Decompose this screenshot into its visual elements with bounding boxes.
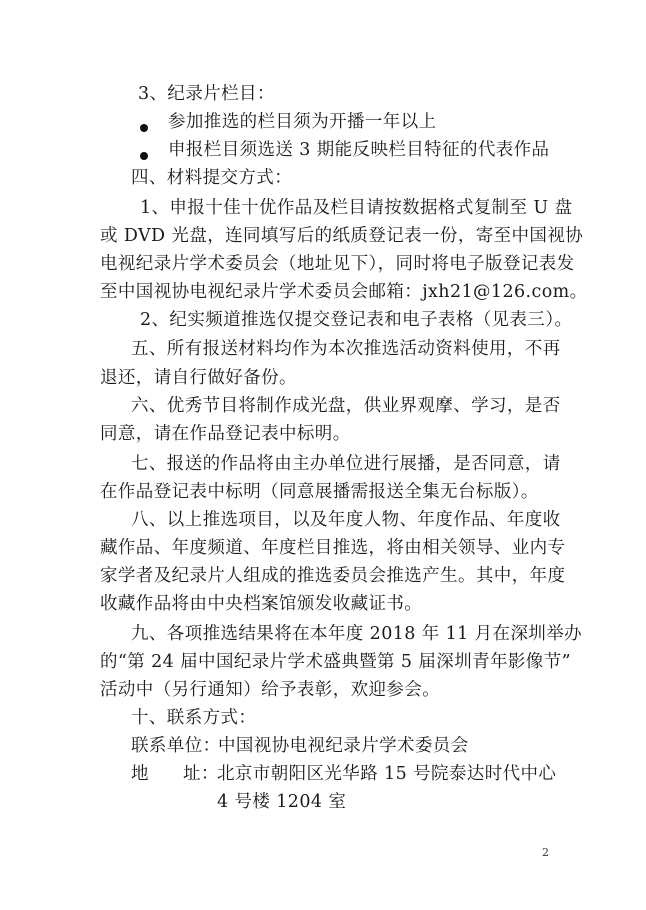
- section9-line3: 活动中（另行通知）给予表彰，欢迎参会。: [100, 678, 440, 702]
- contact-address-line2: 4 号楼 1204 室: [217, 790, 346, 814]
- contact-address-label-2: 址：: [183, 762, 219, 786]
- section4-item1-line4: 至中国视协电视纪录片学术委员会邮箱：jxh21@126.com。: [100, 280, 588, 304]
- section4-item1-line1: 1、申报十佳十优作品及栏目请按数据格式复制至 U 盘: [140, 196, 572, 220]
- contact-unit-label: 联系单位：: [131, 734, 221, 758]
- section8-line2: 藏作品、年度频道、年度栏目推选，将由相关领导、业内专: [100, 536, 565, 560]
- section5-line2: 退还，请自行做好备份。: [100, 366, 297, 390]
- section8-line1: 八、以上推选项目，以及年度人物、年度作品、年度收: [131, 508, 561, 532]
- contact-address-line1: 北京市朝阳区光华路 15 号院泰达时代中心: [217, 762, 556, 786]
- document-page: 3、纪录片栏目： 参加推选的栏目须为开播一年以上 申报栏目须选送 3 期能反映栏…: [0, 0, 646, 910]
- section8-line4: 收藏作品将由中央档案馆颁发收藏证书。: [100, 592, 422, 616]
- section4-item2: 2、纪实频道推选仅提交登记表和电子表格（见表三）。: [140, 308, 572, 332]
- section9-line2: 的“第 24 届中国纪录片学术盛典暨第 5 届深圳青年影像节”: [100, 650, 571, 674]
- section7-line2: 在作品登记表中标明（同意展播需报送全集无台标版）。: [100, 480, 539, 504]
- section7-line1: 七、报送的作品将由主办单位进行展播，是否同意，请: [131, 452, 561, 476]
- section3-heading: 3、纪录片栏目：: [138, 82, 275, 106]
- section3-bullet-2: 申报栏目须选送 3 期能反映栏目特征的代表作品: [168, 138, 549, 162]
- section10-heading: 十、联系方式：: [131, 706, 256, 730]
- section9-line1: 九、各项推选结果将在本年度 2018 年 11 月在深圳举办: [131, 622, 582, 646]
- section8-line3: 家学者及纪录片人组成的推选委员会推选产生。其中，年度: [100, 564, 565, 588]
- section6-line2: 同意，请在作品登记表中标明。: [100, 422, 351, 446]
- section4-item1-line3: 电视纪录片学术委员会（地址见下），同时将电子版登记表发: [100, 252, 575, 276]
- section4-item1-line2: 或 DVD 光盘，连同填写后的纸质登记表一份，寄至中国视协: [100, 224, 583, 248]
- contact-unit-value: 中国视协电视纪录片学术委员会: [218, 734, 469, 758]
- page-number: 2: [542, 846, 549, 859]
- section4-heading: 四、材料提交方式：: [131, 166, 292, 190]
- section3-bullet-1: 参加推选的栏目须为开播一年以上: [168, 110, 437, 134]
- bullet-icon: [140, 124, 148, 132]
- bullet-icon: [140, 152, 148, 160]
- section5-line1: 五、所有报送材料均作为本次推选活动资料使用，不再: [131, 337, 561, 361]
- section6-line1: 六、优秀节目将制作成光盘，供业界观摩、学习，是否: [131, 394, 561, 418]
- contact-address-label-1: 地: [131, 762, 149, 786]
